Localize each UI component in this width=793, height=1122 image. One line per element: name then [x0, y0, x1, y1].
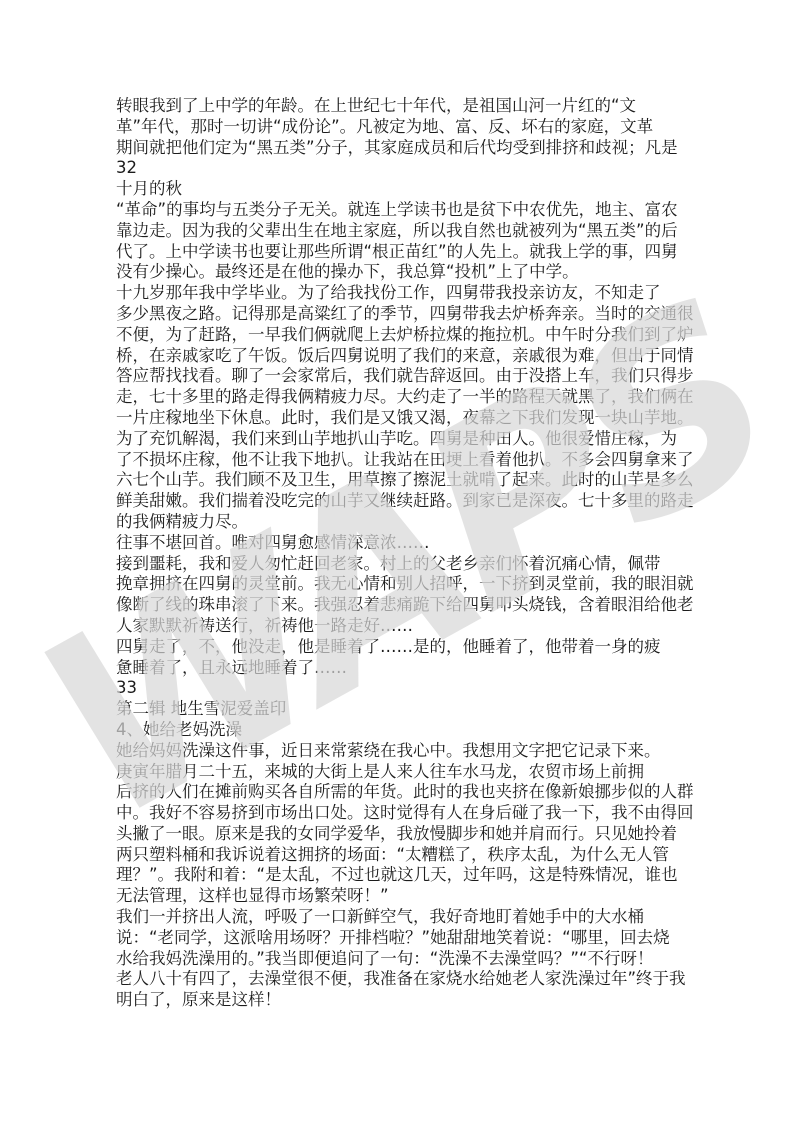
text-line: 第二辑 地生雪泥爱盖印 — [116, 699, 716, 720]
text-line: 32 — [116, 158, 716, 179]
text-line: 挽章拥挤在四舅的灵堂前。我无心情和别人招呼，一下挤到灵堂前，我的眼泪就 — [116, 574, 716, 595]
text-line: “革命”的事均与五类分子无关。就连上学读书也是贫下中农优先，地主、富农 — [116, 200, 716, 221]
text-line: 为了充饥解渴，我们来到山芋地扒山芋吃。四舅是种田人。他很爱惜庄稼，为 — [116, 429, 716, 450]
text-line: 人家默默祈祷送行，祈祷他一路走好…… — [116, 616, 716, 637]
text-line: 水给我妈洗澡用的。”我当即便追问了一句：“洗澡不去澡堂吗？”“不行呀！ — [116, 949, 716, 970]
text-line: 说：“老同学，这派啥用场呀？开排档啦？”她甜甜地笑着说：“哪里，回去烧 — [116, 928, 716, 949]
text-line: 两只塑料桶和我诉说着这拥挤的场面：“太糟糕了，秩序太乱，为什么无人管 — [116, 845, 716, 866]
text-line: 理？”。我附和着：“是太乱，不过也就这几天，过年吗，这是特殊情况，谁也 — [116, 865, 716, 886]
text-line: 多少黑夜之路。记得那是高粱红了的季节，四舅带我去炉桥奔亲。当时的交通很 — [116, 304, 716, 325]
text-line: 四舅走了，不，他没走，他是睡着了……是的，他睡着了，他带着一身的疲 — [116, 637, 716, 658]
text-line: 庚寅年腊月二十五，来城的大街上是人来人往车水马龙，农贸市场上前拥 — [116, 762, 716, 783]
text-line: 接到噩耗，我和爱人匆忙赶回老家。村上的父老乡亲们怀着沉痛心情，佩带 — [116, 554, 716, 575]
text-line: 往事不堪回首。唯对四舅愈感情深意浓…… — [116, 533, 716, 554]
text-line: 老人八十有四了，去澡堂很不便，我准备在家烧水给她老人家洗澡过年”终于我 — [116, 969, 716, 990]
text-line: 革”年代，那时一切讲“成份论”。凡被定为地、富、反、坏右的家庭，文革 — [116, 117, 716, 138]
text-line: 一片庄稼地坐下休息。此时，我们是又饿又渴，夜幕之下我们发现一块山芋地。 — [116, 408, 716, 429]
text-line: 后挤的人们在摊前购买各自所需的年货。此时的我也夹挤在像新娘挪步似的人群 — [116, 782, 716, 803]
document-page: 转眼我到了上中学的年龄。在上世纪七十年代，是祖国山河一片红的“文革”年代，那时一… — [0, 0, 793, 1122]
text-line: 头撇了一眼。原来是我的女同学爱华，我放慢脚步和她并肩而行。只见她拎着 — [116, 824, 716, 845]
text-line: 4、她给老妈洗澡 — [116, 720, 716, 741]
text-line: 答应帮找找看。聊了一会家常后，我们就告辞返回。由于没搭上车，我们只得步 — [116, 366, 716, 387]
text-line: 六七个山芋。我们顾不及卫生，用草擦了擦泥土就啃了起来。此时的山芋是多么 — [116, 470, 716, 491]
text-line: 不便，为了赶路，一早我们俩就爬上去炉桥拉煤的拖拉机。中午时分我们到了炉 — [116, 325, 716, 346]
text-line: 转眼我到了上中学的年龄。在上世纪七十年代，是祖国山河一片红的“文 — [116, 96, 716, 117]
text-line: 的我俩精疲力尽。 — [116, 512, 716, 533]
text-line: 没有少操心。最终还是在他的操办下，我总算“投机”上了中学。 — [116, 262, 716, 283]
text-line: 她给妈妈洗澡这件事，近日来常萦绕在我心中。我想用文字把它记录下来。 — [116, 741, 716, 762]
text-line: 像断了线的珠串滚了下来。我强忍着悲痛跪下给四舅叩头烧钱，含着眼泪给他老 — [116, 595, 716, 616]
text-line: 十九岁那年我中学毕业。为了给我找份工作，四舅带我投亲访友，不知走了 — [116, 283, 716, 304]
text-line: 明白了，原来是这样！ — [116, 990, 716, 1011]
text-line: 期间就把他们定为“黑五类”分子，其家庭成员和后代均受到排挤和歧视；凡是 — [116, 138, 716, 159]
text-line: 惫睡着了，且永远地睡着了…… — [116, 658, 716, 679]
text-line: 桥，在亲戚家吃了午饭。饭后四舅说明了我们的来意，亲戚很为难，但出于同情 — [116, 346, 716, 367]
text-line: 无法管理，这样也显得市场繁荣呀！” — [116, 886, 716, 907]
text-line: 代了。上中学读书也要让那些所谓“根正苗红”的人先上。就我上学的事，四舅 — [116, 242, 716, 263]
text-line: 33 — [116, 678, 716, 699]
text-line: 十月的秋 — [116, 179, 716, 200]
text-line: 靠边走。因为我的父辈出生在地主家庭，所以我自然也就被列为“黑五类”的后 — [116, 221, 716, 242]
text-content: 转眼我到了上中学的年龄。在上世纪七十年代，是祖国山河一片红的“文革”年代，那时一… — [116, 96, 716, 1011]
text-line: 鲜美甜嫩。我们揣着没吃完的山芋又继续赶路。到家已是深夜。七十多里的路走 — [116, 491, 716, 512]
text-line: 了不损坏庄稼，他不让我下地扒。让我站在田埂上看着他扒。不多会四舅拿来了 — [116, 450, 716, 471]
text-line: 中。我好不容易挤到市场出口处。这时觉得有人在身后碰了我一下，我不由得回 — [116, 803, 716, 824]
text-line: 我们一并挤出人流，呼吸了一口新鲜空气，我好奇地盯着她手中的大水桶 — [116, 907, 716, 928]
text-line: 走，七十多里的路走得我俩精疲力尽。大约走了一半的路程天就黑了，我们俩在 — [116, 387, 716, 408]
